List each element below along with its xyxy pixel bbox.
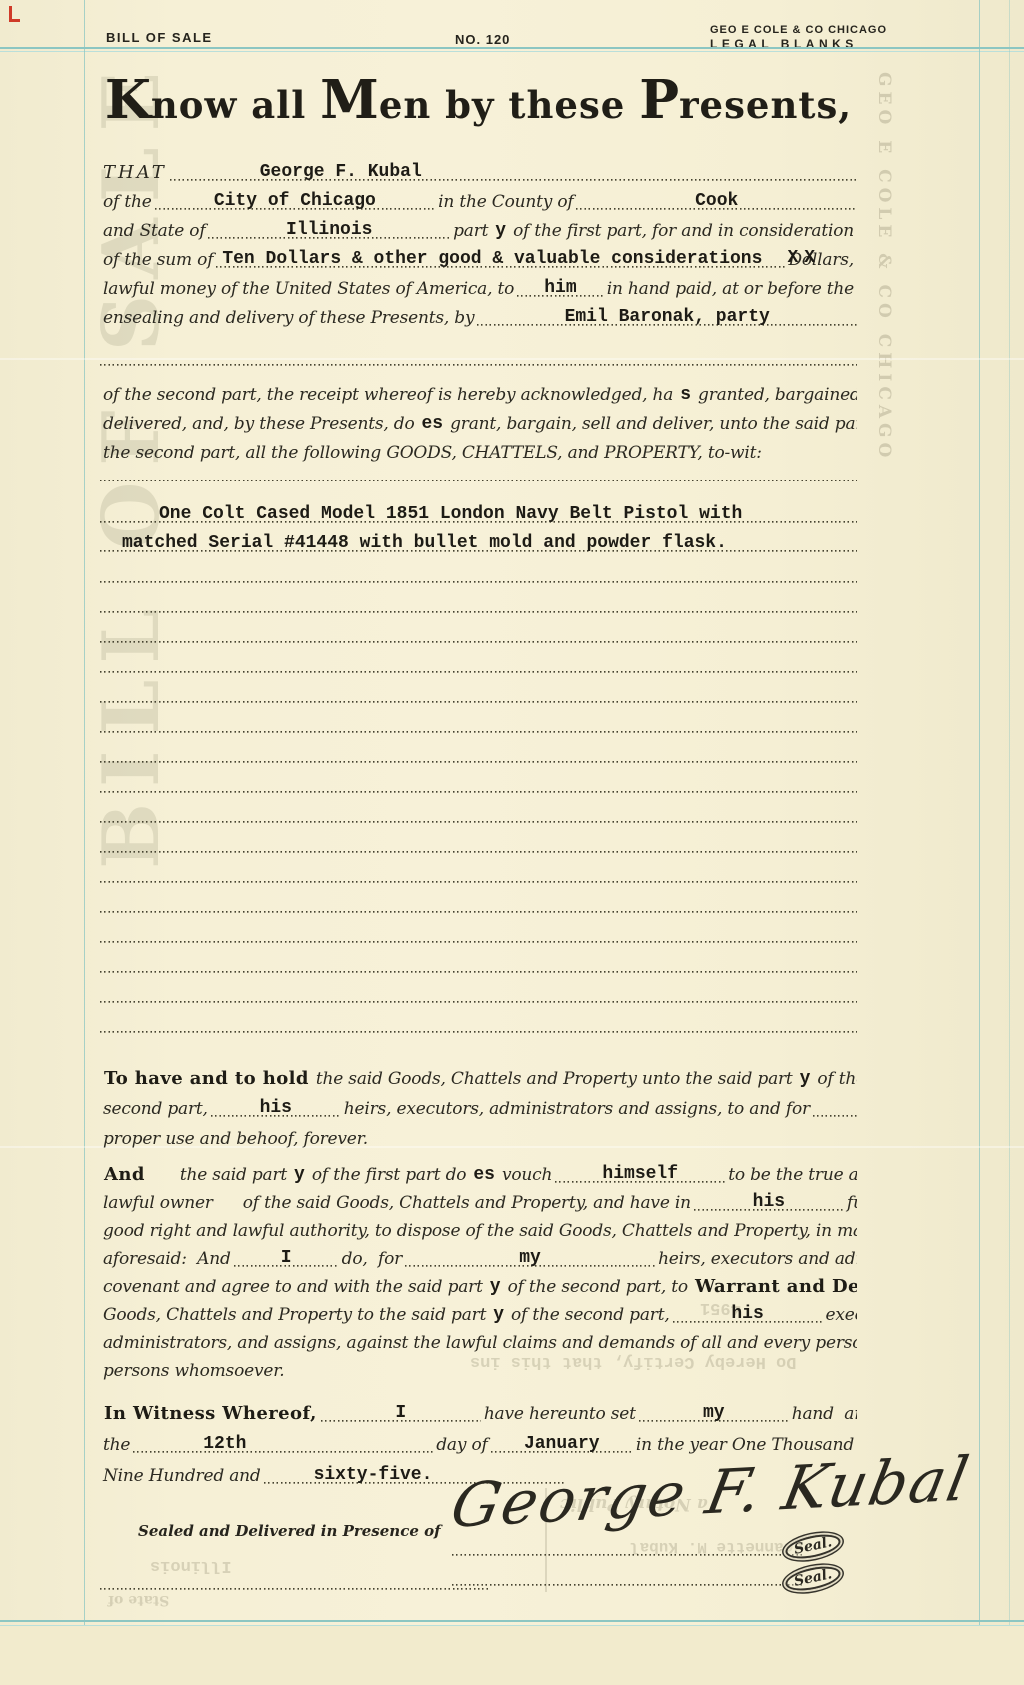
form-line: of the sum ofTen Dollars & other good & … bbox=[100, 243, 857, 272]
printed-text: administrators, and assigns, against the… bbox=[100, 1331, 857, 1355]
printed-text: aforesaid: And bbox=[100, 1247, 234, 1271]
typed-entry: y bbox=[486, 1275, 505, 1299]
form-line: persons whomsoever. bbox=[100, 1355, 857, 1383]
printed-text: the said Goods, Chattels and Property un… bbox=[313, 1067, 796, 1091]
dotted-rule bbox=[100, 480, 857, 482]
printed-text: proper use and behoof, forever. bbox=[100, 1127, 371, 1151]
printed-text: do, for bbox=[339, 1247, 405, 1271]
dotted-fill: I bbox=[321, 1402, 481, 1426]
blank-dotted-line bbox=[100, 1001, 857, 1003]
typed-entry: I bbox=[395, 1401, 406, 1425]
printed-text: of the second part, to bbox=[505, 1275, 691, 1299]
printed-text-bold: To have and to hold bbox=[100, 1067, 313, 1091]
publisher-name: GEO E COLE & CO CHICAGO bbox=[710, 24, 887, 36]
typed-entry: sixty-five. bbox=[314, 1463, 433, 1487]
printed-text: Goods, Chattels and Property to the said… bbox=[100, 1303, 489, 1327]
printed-text: Nine Hundred and bbox=[100, 1464, 264, 1488]
form-line: second part,hisheirs, executors, adminis… bbox=[100, 1091, 857, 1121]
typed-entry: himself bbox=[602, 1162, 678, 1186]
granting-clause: of the second part, the receipt whereof … bbox=[100, 378, 857, 465]
blank-dotted-line bbox=[100, 641, 857, 643]
dotted-fill: his bbox=[813, 1097, 857, 1121]
typed-entry: City of Chicago bbox=[214, 189, 376, 213]
blank-dotted-line bbox=[100, 911, 857, 913]
printed-text: ensealing and delivery of these Presents… bbox=[100, 306, 477, 330]
dotted-fill: January bbox=[491, 1433, 633, 1457]
blank-dotted-line bbox=[100, 971, 857, 973]
typed-entry: his bbox=[753, 1190, 785, 1214]
printed-text: executors, bbox=[823, 1303, 857, 1327]
printed-text: second part, bbox=[100, 1097, 211, 1121]
form-line: administrators, and assigns, against the… bbox=[100, 1327, 857, 1355]
form-line: ensealing and delivery of these Presents… bbox=[100, 301, 857, 330]
red-scan-mark bbox=[9, 19, 20, 22]
form-line: In Witness Whereof,Ihave hereunto setmyh… bbox=[100, 1395, 857, 1426]
form-number: NO. 120 bbox=[455, 32, 510, 47]
typed-entry: my bbox=[519, 1246, 541, 1270]
blank-dotted-line bbox=[100, 851, 857, 853]
blank-dotted-line bbox=[100, 671, 857, 673]
form-line: proper use and behoof, forever. bbox=[100, 1121, 857, 1151]
printed-text: of the said Goods, Chattels and Property… bbox=[240, 1191, 694, 1215]
typed-entry: y bbox=[290, 1163, 309, 1187]
presence-label: Sealed and Delivered in Presence of bbox=[138, 1522, 441, 1540]
blank-lines-section bbox=[100, 581, 857, 1032]
cyan-rule-bottom bbox=[0, 1620, 1024, 1622]
typed-entry: s bbox=[676, 383, 695, 407]
dotted-fill: Cook bbox=[576, 190, 857, 214]
bleed-through-text: GEO E COLE & CO CHICAGO bbox=[874, 72, 894, 462]
typed-entry: George F. Kubal bbox=[260, 160, 422, 184]
form-line: of the second part, the receipt whereof … bbox=[100, 378, 857, 407]
printed-text: to be the true and bbox=[725, 1163, 857, 1187]
form-line: Andthe said partyof the first part doesv… bbox=[100, 1159, 857, 1187]
printed-text: the bbox=[100, 1433, 133, 1457]
title-text: en by these bbox=[379, 83, 639, 127]
opening-section: THATGeorge F. Kubalof theCity of Chicago… bbox=[100, 156, 857, 330]
dotted-fill: his bbox=[211, 1097, 341, 1121]
typed-entry: him bbox=[544, 276, 576, 300]
printed-text: the said part bbox=[177, 1163, 290, 1187]
document-body: Know all Men by these Presents, THATGeor… bbox=[100, 48, 857, 1652]
document-title: Know all Men by these Presents, bbox=[100, 70, 857, 140]
printed-text: lawful owner bbox=[100, 1191, 216, 1215]
typed-entry: y bbox=[491, 219, 510, 243]
printed-text: have hereunto set bbox=[481, 1402, 639, 1426]
printed-text: covenant and agree to and with the said … bbox=[100, 1275, 486, 1299]
title-text: now all bbox=[151, 83, 320, 127]
dotted-fill: Illinois bbox=[208, 219, 450, 243]
cyan-rule-right bbox=[979, 0, 980, 1685]
title-initial: P bbox=[639, 69, 679, 131]
form-line: matched Serial #41448 with bullet mold a… bbox=[100, 526, 857, 555]
form-line: One Colt Cased Model 1851 London Navy Be… bbox=[100, 497, 857, 526]
form-line: the12thday ofJanuaryin the year One Thou… bbox=[100, 1426, 857, 1457]
dotted-fill: Ten Dollars & other good & valuable cons… bbox=[216, 248, 785, 272]
form-line: To have and to holdthe said Goods, Chatt… bbox=[100, 1061, 857, 1091]
printed-text: grant, bargain, sell and deliver, unto t… bbox=[447, 412, 857, 436]
paper-bottom-margin bbox=[0, 1626, 1024, 1685]
blank-dotted-line bbox=[100, 1031, 857, 1033]
printed-text: of the first part do bbox=[309, 1163, 470, 1187]
printed-text: part bbox=[450, 219, 491, 243]
printed-text: heirs, executors, administrators and ass… bbox=[341, 1097, 813, 1121]
typed-entry: his bbox=[260, 1096, 292, 1120]
printed-text: lawful money of the United States of Ame… bbox=[100, 277, 517, 301]
typed-entry: y bbox=[489, 1303, 508, 1327]
dotted-rule bbox=[100, 364, 857, 366]
typed-entry: I bbox=[281, 1246, 292, 1270]
dotted-fill: George F. Kubal bbox=[170, 161, 857, 185]
dotted-fill: Emil Baronak, party bbox=[477, 306, 857, 330]
typed-entry: Emil Baronak, party bbox=[565, 305, 770, 329]
seal-ornament: Seal. bbox=[783, 1563, 842, 1595]
dotted-fill: I bbox=[234, 1247, 339, 1271]
blank-dotted-line bbox=[100, 581, 857, 583]
witness-signature-line bbox=[100, 1588, 488, 1590]
dotted-fill: my bbox=[639, 1402, 789, 1426]
dotted-fill: his bbox=[694, 1191, 844, 1215]
title-initial: K bbox=[105, 69, 151, 131]
blank-dotted-line bbox=[100, 941, 857, 943]
form-line: of theCity of Chicagoin the County ofCoo… bbox=[100, 185, 857, 214]
printed-text-bold: In Witness Whereof, bbox=[100, 1402, 321, 1426]
form-type-label: BILL OF SALE bbox=[106, 30, 213, 45]
typed-entry: One Colt Cased Model 1851 London Navy Be… bbox=[155, 502, 746, 526]
dotted-fill: his bbox=[673, 1303, 823, 1327]
printed-text: delivered, and, by these Presents, do bbox=[100, 412, 418, 436]
form-line: lawful money of the United States of Ame… bbox=[100, 272, 857, 301]
blank-dotted-line bbox=[100, 731, 857, 733]
printed-text: of the bbox=[100, 190, 155, 214]
printed-text: heirs, executors and administrators, bbox=[655, 1247, 857, 1271]
cyan-rule-right-outer bbox=[1009, 0, 1010, 1685]
title-initial: M bbox=[320, 69, 379, 131]
goods-description: One Colt Cased Model 1851 London Navy Be… bbox=[100, 497, 857, 555]
printed-text: granted, bargained, sold and bbox=[695, 383, 857, 407]
dotted-fill: City of Chicago bbox=[155, 190, 436, 214]
form-line: delivered, and, by these Presents, doesg… bbox=[100, 407, 857, 436]
printed-text-bold: Warrant and Defend bbox=[691, 1275, 857, 1299]
printed-text-bold: And bbox=[100, 1163, 149, 1187]
blank-dotted-line bbox=[100, 611, 857, 613]
title-text: resents, bbox=[679, 83, 852, 127]
cyan-rule-left bbox=[84, 0, 85, 1685]
warranty-clause: Andthe said partyof the first part doesv… bbox=[100, 1159, 857, 1383]
typed-entry: his bbox=[731, 1302, 763, 1326]
blank-dotted-line bbox=[100, 791, 857, 793]
printed-text-caps: THAT bbox=[100, 161, 170, 185]
printed-text: in hand paid, at or before the bbox=[604, 277, 857, 301]
form-line: covenant and agree to and with the said … bbox=[100, 1271, 857, 1299]
printed-text: of the first part, for and in considerat… bbox=[510, 219, 857, 243]
typed-entry: matched Serial #41448 with bullet mold a… bbox=[118, 531, 731, 555]
printed-text: good right and lawful authority, to disp… bbox=[100, 1219, 857, 1243]
seal-ornament: Seal. bbox=[783, 1531, 842, 1563]
blank-dotted-line bbox=[100, 821, 857, 823]
signature-line bbox=[452, 1584, 805, 1586]
typed-entry: Illinois bbox=[286, 218, 372, 242]
dotted-fill: himself bbox=[555, 1163, 725, 1187]
form-line: the second part, all the following GOODS… bbox=[100, 436, 857, 465]
dotted-fill: my bbox=[405, 1247, 655, 1271]
typed-entry: Ten Dollars & other good & valuable cons… bbox=[222, 247, 762, 271]
typed-entry: y bbox=[796, 1067, 815, 1091]
printed-text: hand and seal, bbox=[789, 1402, 857, 1426]
habendum-clause: To have and to holdthe said Goods, Chatt… bbox=[100, 1061, 857, 1151]
printed-text: of the second part, the receipt whereof … bbox=[100, 383, 676, 407]
red-scan-mark bbox=[9, 6, 12, 19]
typed-overstrike: XX bbox=[787, 246, 821, 270]
printed-text: in the County of bbox=[435, 190, 576, 214]
form-line: and State ofIllinoispartyof the first pa… bbox=[100, 214, 857, 243]
typed-entry: es bbox=[469, 1163, 499, 1187]
form-line: THATGeorge F. Kubal bbox=[100, 156, 857, 185]
typed-entry: my bbox=[703, 1401, 725, 1425]
printed-text: of the sum of bbox=[100, 248, 216, 272]
printed-text: full power, bbox=[844, 1191, 857, 1215]
printed-text: the second part, all the following GOODS… bbox=[100, 441, 765, 465]
blank-dotted-line bbox=[100, 761, 857, 763]
printed-text: persons whomsoever. bbox=[100, 1359, 288, 1383]
form-line: good right and lawful authority, to disp… bbox=[100, 1215, 857, 1243]
blank-dotted-line bbox=[100, 881, 857, 883]
printed-text: day of bbox=[433, 1433, 490, 1457]
printed-text-overstruck: Dollars,XX bbox=[785, 248, 857, 272]
signature-line bbox=[452, 1554, 805, 1556]
typed-entry: es bbox=[418, 412, 448, 436]
dotted-fill: 12th bbox=[133, 1433, 433, 1457]
form-line: aforesaid: AndIdo, formyheirs, executors… bbox=[100, 1243, 857, 1271]
form-line: lawful ownerof the said Goods, Chattels … bbox=[100, 1187, 857, 1215]
printed-text: vouch bbox=[499, 1163, 555, 1187]
typed-entry: 12th bbox=[203, 1432, 246, 1456]
typed-entry: Cook bbox=[695, 189, 738, 213]
printed-text: and State of bbox=[100, 219, 208, 243]
form-line: Goods, Chattels and Property to the said… bbox=[100, 1299, 857, 1327]
bill-of-sale-document: BILL OF SALE GEO E COLE & CO CHICAGO Do … bbox=[0, 0, 1024, 1685]
printed-text: of the bbox=[814, 1067, 857, 1091]
typed-entry: January bbox=[524, 1432, 600, 1456]
printed-text: of the second part, bbox=[508, 1303, 673, 1327]
dotted-fill: him bbox=[517, 277, 604, 301]
blank-dotted-line bbox=[100, 701, 857, 703]
